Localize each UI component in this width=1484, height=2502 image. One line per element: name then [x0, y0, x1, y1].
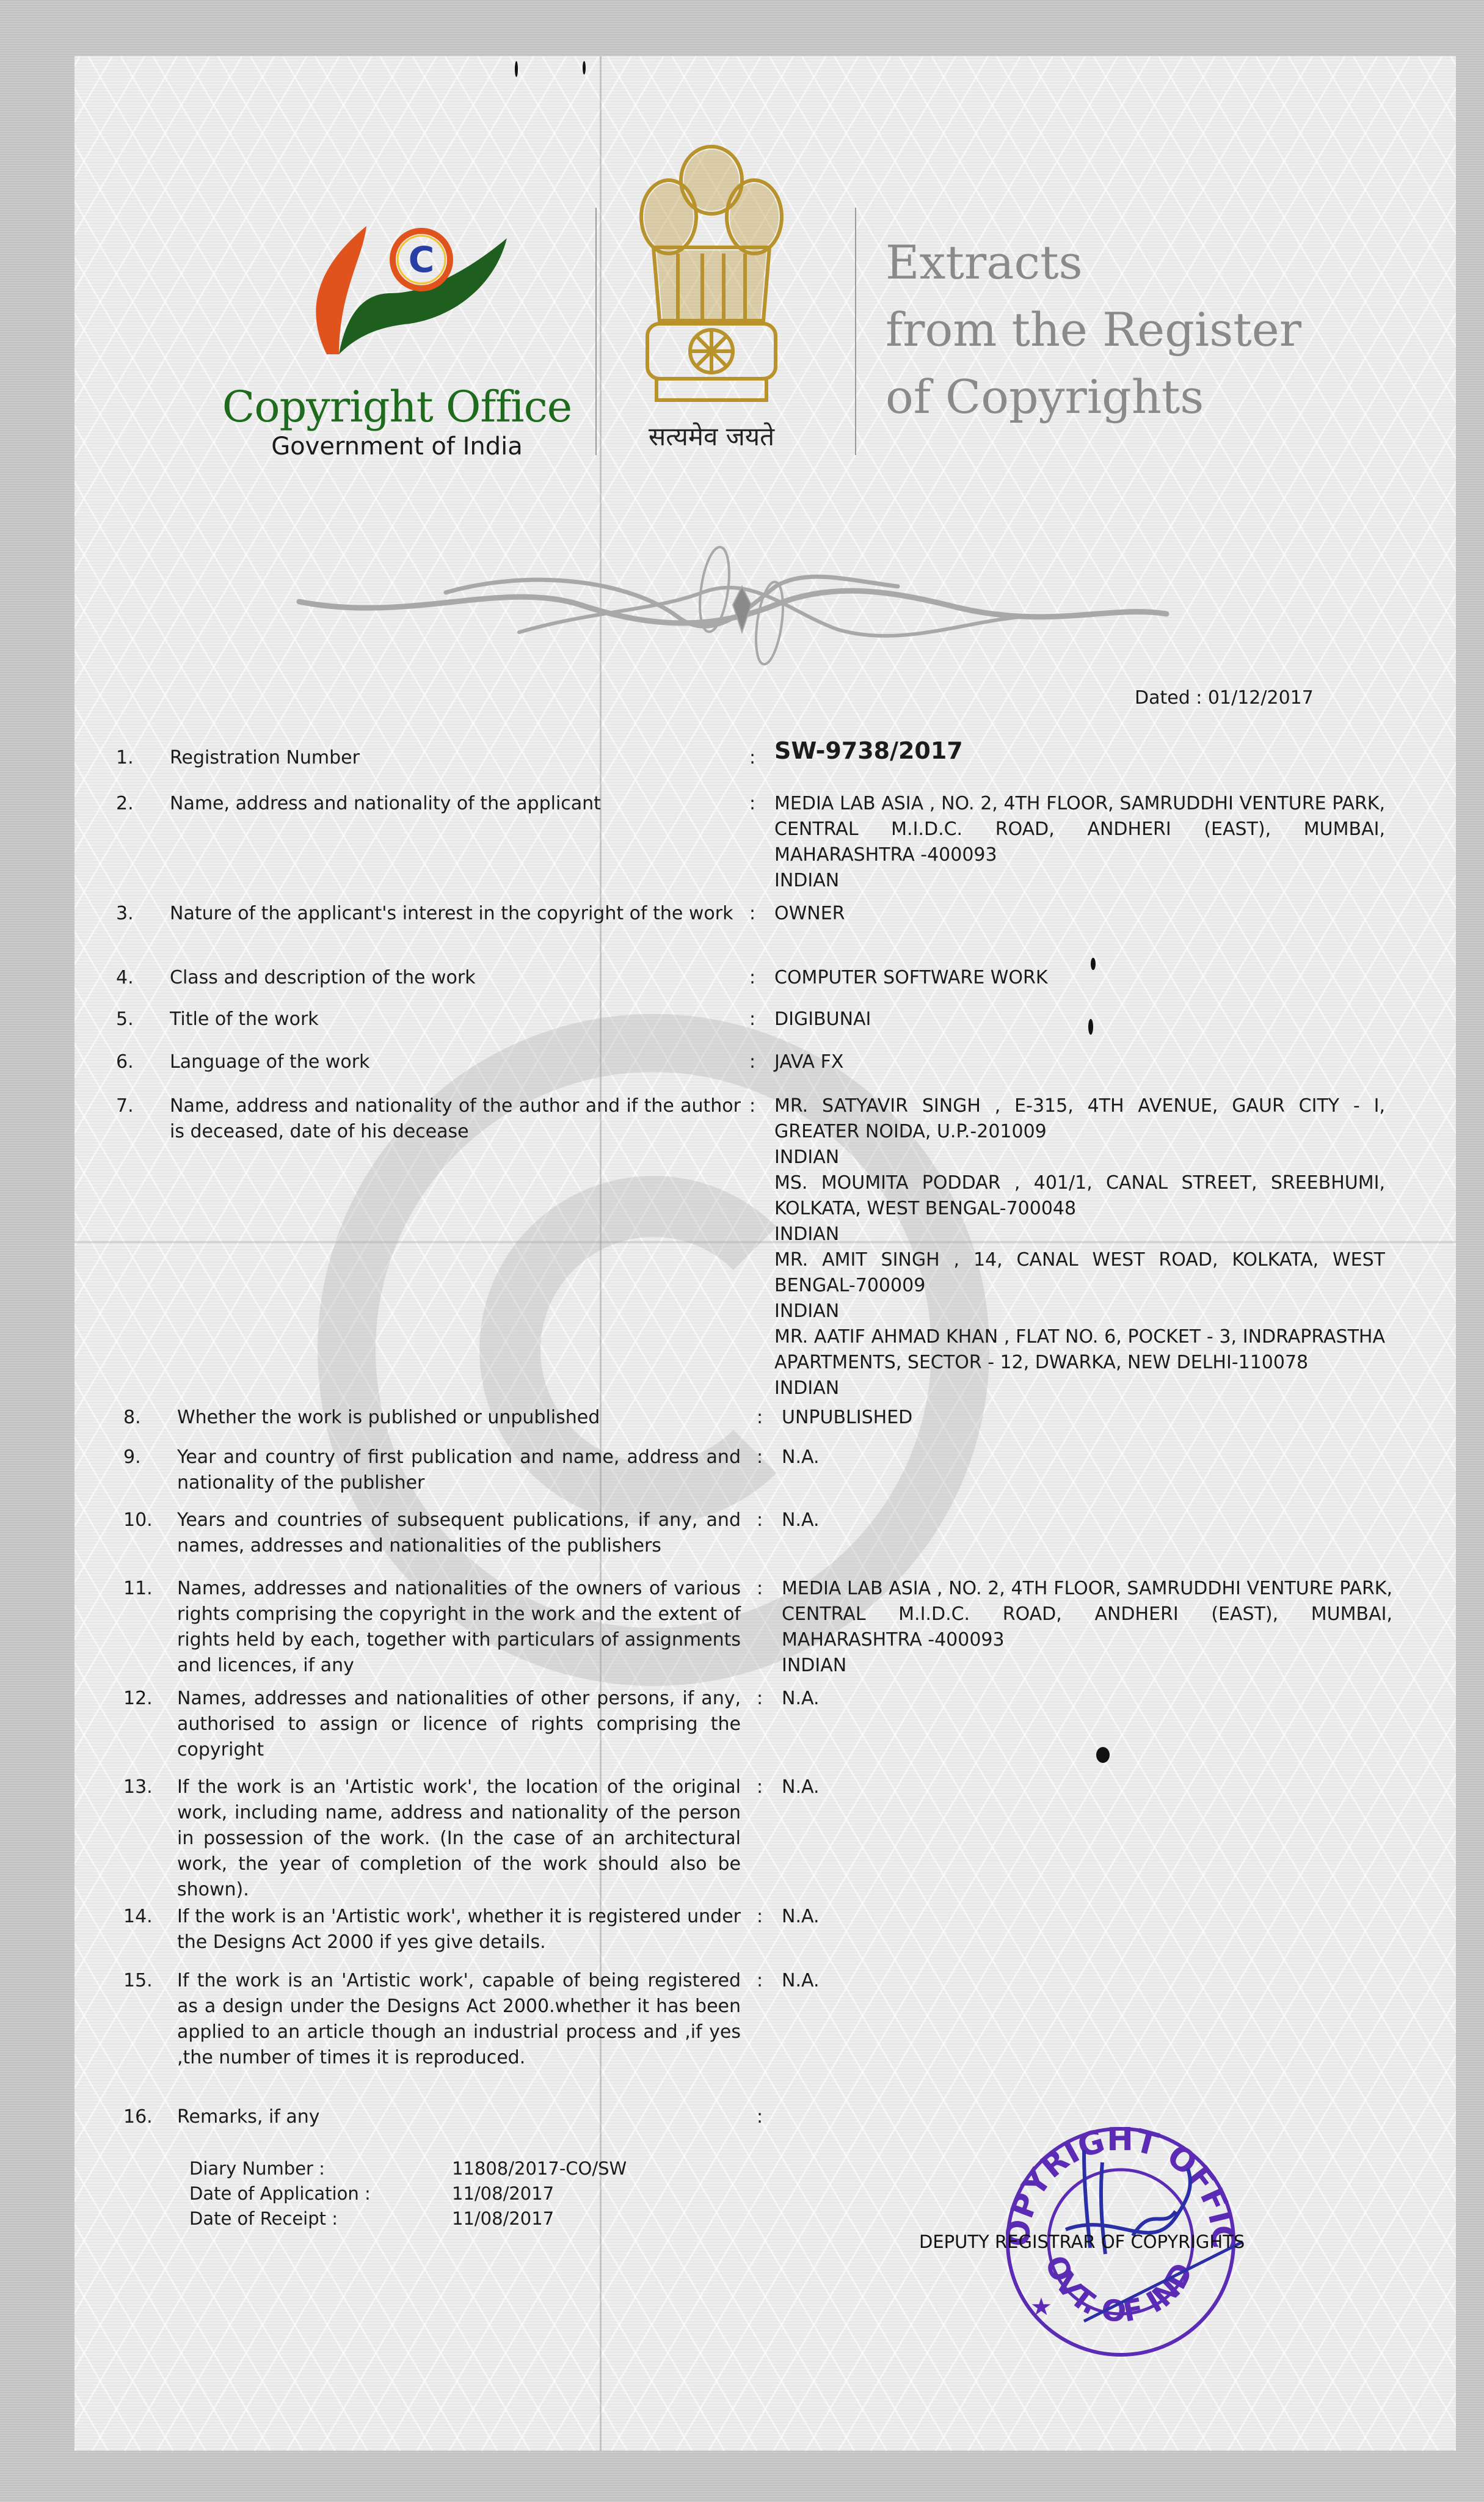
- document-heading: Extracts from the Register of Copyrights: [886, 229, 1301, 431]
- entry-value: COMPUTER SOFTWARE WORK: [774, 965, 1385, 991]
- entry-number: 6.: [116, 1049, 153, 1075]
- remarks-row: Diary Number :11808/2017-CO/SW: [189, 2156, 627, 2181]
- entry-separator: :: [746, 745, 758, 771]
- entry-value: MR. SATYAVIR SINGH , E-315, 4TH AVENUE, …: [774, 1093, 1385, 1401]
- entry-number: 1.: [116, 745, 153, 771]
- entry-separator: :: [754, 2104, 766, 2130]
- remarks-value: 11/08/2017: [452, 2183, 554, 2204]
- entry-number: 3.: [116, 901, 153, 927]
- signatory-title: DEPUTY REGISTRAR OF COPYRIGHTS: [919, 2231, 1245, 2252]
- copyright-office-logo: C Copyright Office Government of India: [208, 202, 586, 458]
- entry-value: N.A.: [782, 1445, 1392, 1470]
- entry-label: If the work is an 'Artistic work', wheth…: [177, 1904, 741, 1955]
- entry-number: 9.: [123, 1445, 160, 1470]
- scan-speck: [515, 61, 518, 77]
- entry-separator: :: [754, 1686, 766, 1712]
- remarks-value: 11808/2017-CO/SW: [452, 2158, 627, 2179]
- entry-value: SW-9738/2017: [774, 738, 1385, 764]
- entry-number: 14.: [123, 1904, 160, 1930]
- scan-speck: [583, 61, 586, 75]
- logo-title: Copyright Office: [208, 382, 586, 432]
- svg-text:C: C: [409, 239, 435, 280]
- entry-number: 16.: [123, 2104, 160, 2130]
- entry-value: OWNER: [774, 901, 1385, 927]
- entry-label: Whether the work is published or unpubli…: [177, 1405, 741, 1431]
- entry-label: Years and countries of subsequent public…: [177, 1508, 741, 1559]
- entry-value: N.A.: [782, 1774, 1392, 1800]
- entry-number: 7.: [116, 1093, 153, 1119]
- entry-label: Name, address and nationality of the app…: [170, 791, 741, 817]
- entry-label: Names, addresses and nationalities of th…: [177, 1576, 741, 1679]
- heading-line: of Copyrights: [886, 363, 1301, 431]
- heading-line: Extracts: [886, 229, 1301, 296]
- entry-number: 10.: [123, 1508, 160, 1533]
- entry-number: 13.: [123, 1774, 160, 1800]
- copyright-swoosh-icon: C: [208, 202, 586, 385]
- remarks-row: Date of Application :11/08/2017: [189, 2181, 627, 2206]
- header-divider: [855, 208, 856, 455]
- issue-date: Dated : 01/12/2017: [1135, 687, 1314, 709]
- lion-capital-emblem-icon: [611, 137, 812, 412]
- entry-label: Registration Number: [170, 745, 741, 771]
- entry-separator: :: [754, 1904, 766, 1930]
- remarks-row: Date of Receipt :11/08/2017: [189, 2206, 627, 2231]
- entry-value: N.A.: [782, 1686, 1392, 1712]
- entry-label: Name, address and nationality of the aut…: [170, 1093, 741, 1145]
- svg-text:★: ★: [1030, 2293, 1052, 2321]
- entry-value: MEDIA LAB ASIA , NO. 2, 4TH FLOOR, SAMRU…: [782, 1576, 1392, 1679]
- entry-value: MEDIA LAB ASIA , NO. 2, 4TH FLOOR, SAMRU…: [774, 791, 1385, 894]
- entry-separator: :: [746, 1049, 758, 1075]
- entry-value: N.A.: [782, 1968, 1392, 1994]
- entry-label: Title of the work: [170, 1007, 741, 1032]
- entry-number: 12.: [123, 1686, 160, 1712]
- entry-number: 5.: [116, 1007, 153, 1032]
- remarks-block: Diary Number :11808/2017-CO/SW Date of A…: [189, 2156, 627, 2231]
- decorative-flourish: [287, 531, 1228, 678]
- entry-separator: :: [746, 901, 758, 927]
- remarks-key: Date of Receipt :: [189, 2206, 452, 2231]
- entry-value: N.A.: [782, 1508, 1392, 1533]
- scan-speck: [1096, 1747, 1110, 1763]
- scan-speck: [1091, 958, 1096, 970]
- remarks-key: Date of Application :: [189, 2181, 452, 2206]
- entry-label: Language of the work: [170, 1049, 741, 1075]
- entry-separator: :: [746, 1093, 758, 1119]
- header-divider: [595, 208, 597, 455]
- entry-label: If the work is an 'Artistic work', the l…: [177, 1774, 741, 1903]
- entry-value: N.A.: [782, 1904, 1392, 1930]
- entry-value: UNPUBLISHED: [782, 1405, 1392, 1431]
- entry-value: JAVA FX: [774, 1049, 1385, 1075]
- logo-subtitle: Government of India: [208, 432, 586, 461]
- entry-separator: :: [754, 1508, 766, 1533]
- entry-separator: :: [746, 965, 758, 991]
- national-emblem: सत्यमेव जयते: [611, 137, 812, 455]
- entry-number: 4.: [116, 965, 153, 991]
- entry-separator: :: [754, 1774, 766, 1800]
- emblem-motto: सत्यमेव जयते: [611, 418, 812, 453]
- remarks-value: 11/08/2017: [452, 2208, 554, 2229]
- entry-number: 8.: [123, 1405, 160, 1431]
- remarks-key: Diary Number :: [189, 2156, 452, 2181]
- entry-separator: :: [754, 1405, 766, 1431]
- entry-number: 2.: [116, 791, 153, 817]
- entry-label: Remarks, if any: [177, 2104, 741, 2130]
- heading-line: from the Register: [886, 296, 1301, 363]
- entry-separator: :: [746, 791, 758, 817]
- entry-label: Class and description of the work: [170, 965, 741, 991]
- entry-separator: :: [746, 1007, 758, 1032]
- flourish-ornament-icon: [287, 531, 1228, 678]
- entry-value: DIGIBUNAI: [774, 1007, 1385, 1032]
- scan-speck: [1088, 1019, 1093, 1035]
- entry-separator: :: [754, 1445, 766, 1470]
- entry-number: 15.: [123, 1968, 160, 1994]
- entry-label: Year and country of first publication an…: [177, 1445, 741, 1496]
- entry-number: 11.: [123, 1576, 160, 1602]
- entry-label: Nature of the applicant's interest in th…: [170, 901, 741, 927]
- entry-separator: :: [754, 1968, 766, 1994]
- entry-separator: :: [754, 1576, 766, 1602]
- entry-label: Names, addresses and nationalities of ot…: [177, 1686, 741, 1763]
- entry-label: If the work is an 'Artistic work', capab…: [177, 1968, 741, 2071]
